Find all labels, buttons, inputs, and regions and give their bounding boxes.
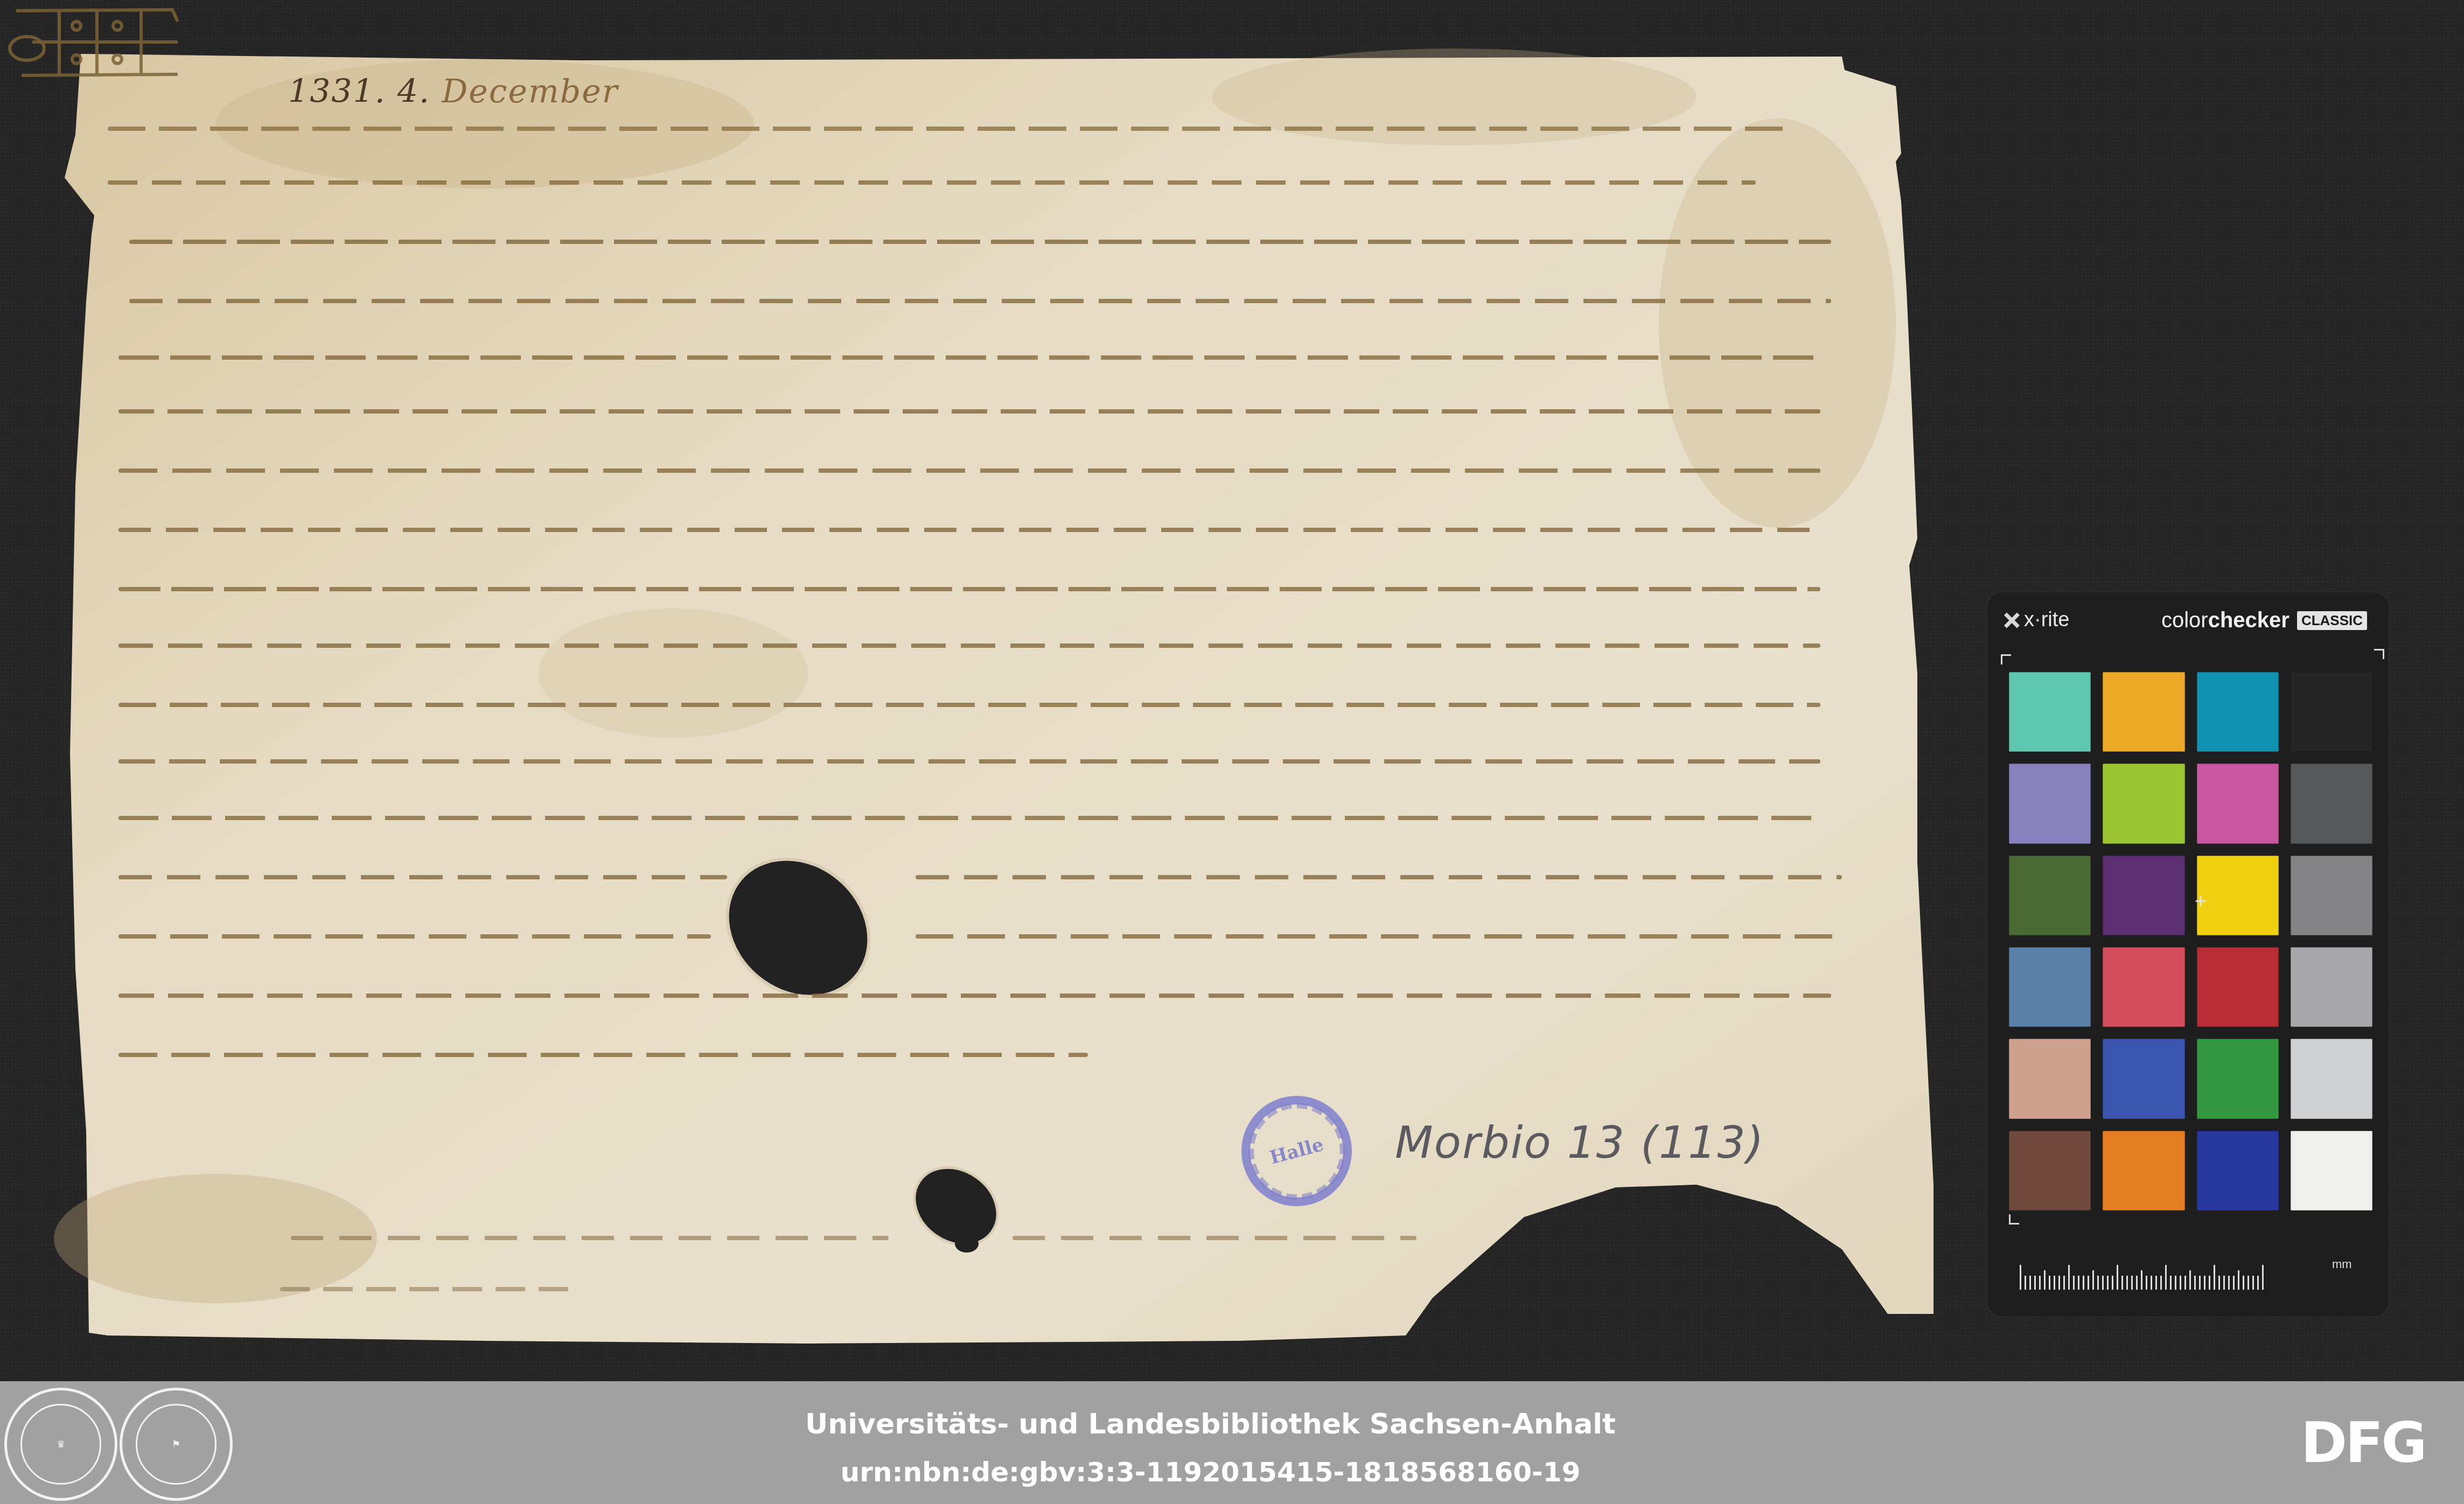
corner-mark-icon <box>2001 654 2011 664</box>
swatch-neutral-5 <box>2291 856 2372 935</box>
swatch-red <box>2197 947 2279 1027</box>
colorchecker-card: x·rite color checker CLASSIC + mm <box>1987 592 2389 1317</box>
ruler-tick <box>2049 1276 2050 1290</box>
ruler-tick <box>2233 1276 2235 1290</box>
swatch-cyan <box>2197 672 2279 752</box>
ruler-tick <box>2146 1276 2147 1290</box>
swatch-neutral-8 <box>2291 1039 2372 1118</box>
swatch-yellow <box>2197 856 2279 935</box>
ruler-tick <box>2058 1276 2060 1290</box>
ruler-tick <box>2092 1270 2094 1290</box>
ruler-tick <box>2252 1276 2254 1290</box>
swatch-blue-flower <box>2009 764 2091 843</box>
ruler-tick <box>2131 1276 2133 1290</box>
library-stamp-center: Halle <box>1267 1134 1326 1169</box>
swatch-black <box>2291 672 2372 752</box>
colorchecker-title-light: color <box>2161 608 2208 633</box>
ruler-tick <box>2199 1276 2201 1290</box>
swatch-magenta <box>2197 764 2279 843</box>
ruler-tick <box>2136 1276 2138 1290</box>
swatch-blue <box>2103 1039 2184 1118</box>
ruler-tick <box>2243 1276 2244 1290</box>
corner-mark-icon <box>2009 1214 2019 1225</box>
ruler-tick <box>2054 1276 2055 1290</box>
swatch-neutral-3-5 <box>2291 764 2372 843</box>
shelfmark-annotation: Morbio 13 (113) <box>1395 1117 1765 1169</box>
institution-name: Universitäts- und Landesbibliothek Sachs… <box>0 1408 2442 1440</box>
ruler-tick <box>2073 1276 2075 1290</box>
ruler-tick <box>2151 1276 2152 1290</box>
urn-identifier: urn:nbn:de:gbv:3:3-1192015415-1818568160… <box>0 1457 2442 1488</box>
notary-sign-icon <box>0 0 194 81</box>
ruler-tick <box>2160 1276 2162 1290</box>
swatch-white <box>2291 1131 2372 1211</box>
ruler-unit: mm <box>2332 1257 2352 1271</box>
xrite-brand-text: x·rite <box>2024 608 2069 632</box>
date-annotation-month: December <box>442 73 618 110</box>
colorchecker-title: color checker CLASSIC <box>2161 608 2367 633</box>
ruler-tick <box>2039 1276 2041 1290</box>
mm-ruler <box>2020 1263 2327 1290</box>
ruler-tick <box>2238 1270 2239 1290</box>
ruler-tick <box>2044 1270 2046 1290</box>
ruler-tick <box>2097 1276 2099 1290</box>
ruler-tick <box>2155 1276 2157 1290</box>
dfg-logo: DFG <box>2301 1415 2425 1471</box>
xrite-brand: x·rite <box>2004 608 2069 632</box>
colorchecker-title-bold: checker <box>2208 608 2290 633</box>
swatch-foliage <box>2009 856 2091 935</box>
swatch-blue-sky <box>2009 947 2091 1027</box>
ruler-tick <box>2068 1265 2070 1290</box>
ruler-tick <box>2029 1276 2031 1290</box>
ruler-tick <box>2083 1276 2084 1290</box>
swatch-green <box>2197 1039 2279 1118</box>
ruler-tick <box>2247 1276 2249 1290</box>
ruler-tick <box>2112 1276 2113 1290</box>
colorchecker-swatch-grid <box>2009 672 2372 1211</box>
swatch-blue-primary <box>2197 1131 2279 1211</box>
xrite-logo-icon <box>2004 612 2020 628</box>
ruler-tick <box>2034 1276 2036 1290</box>
ruler-tick <box>2025 1276 2026 1290</box>
ruler-tick <box>2088 1276 2089 1290</box>
date-annotation: 1331. 4. December <box>288 73 618 110</box>
ruler-tick <box>2228 1276 2230 1290</box>
ruler-tick <box>2184 1276 2186 1290</box>
ruler-tick <box>2170 1276 2172 1290</box>
ruler-tick <box>2020 1265 2021 1290</box>
ruler-tick <box>2126 1276 2128 1290</box>
crosshair-icon: + <box>2195 891 2207 912</box>
swatch-light-skin <box>2009 1039 2091 1118</box>
ruler-tick <box>2189 1270 2191 1290</box>
swatch-orange <box>2103 1131 2184 1211</box>
ruler-tick <box>2165 1265 2167 1290</box>
ruler-tick <box>2063 1276 2065 1290</box>
ruler-tick <box>2223 1276 2225 1290</box>
ruler-tick <box>2121 1276 2123 1290</box>
date-annotation-year: 1331. 4. <box>288 73 430 110</box>
swatch-yellow-green <box>2103 764 2184 843</box>
swatch-bluish-green <box>2009 672 2091 752</box>
swatch-purple <box>2103 856 2184 935</box>
ruler-tick <box>2209 1276 2210 1290</box>
footer-bar: ♛ ⚑ Universitäts- und Landesbibliothek S… <box>0 1381 2464 1504</box>
ruler-tick <box>2262 1265 2264 1290</box>
swatch-orange-yellow <box>2103 672 2184 752</box>
ruler-tick <box>2204 1276 2205 1290</box>
colorchecker-badge: CLASSIC <box>2297 611 2367 630</box>
swatch-moderate-red <box>2103 947 2184 1027</box>
ruler-tick <box>2117 1265 2118 1290</box>
swatch-dark-skin <box>2009 1131 2091 1211</box>
ruler-tick <box>2194 1276 2196 1290</box>
ruler-tick <box>2102 1276 2104 1290</box>
ruler-tick <box>2180 1276 2181 1290</box>
ruler-tick <box>2107 1276 2109 1290</box>
ruler-tick <box>2214 1265 2215 1290</box>
colorchecker-header: x·rite color checker CLASSIC <box>1987 608 2389 641</box>
ruler-tick <box>2175 1276 2176 1290</box>
corner-mark-icon <box>2374 649 2384 659</box>
ruler-tick <box>2078 1276 2079 1290</box>
swatch-neutral-6-5 <box>2291 947 2372 1027</box>
ruler-tick <box>2257 1276 2259 1290</box>
ruler-tick <box>2141 1270 2142 1290</box>
ruler-tick <box>2218 1276 2220 1290</box>
